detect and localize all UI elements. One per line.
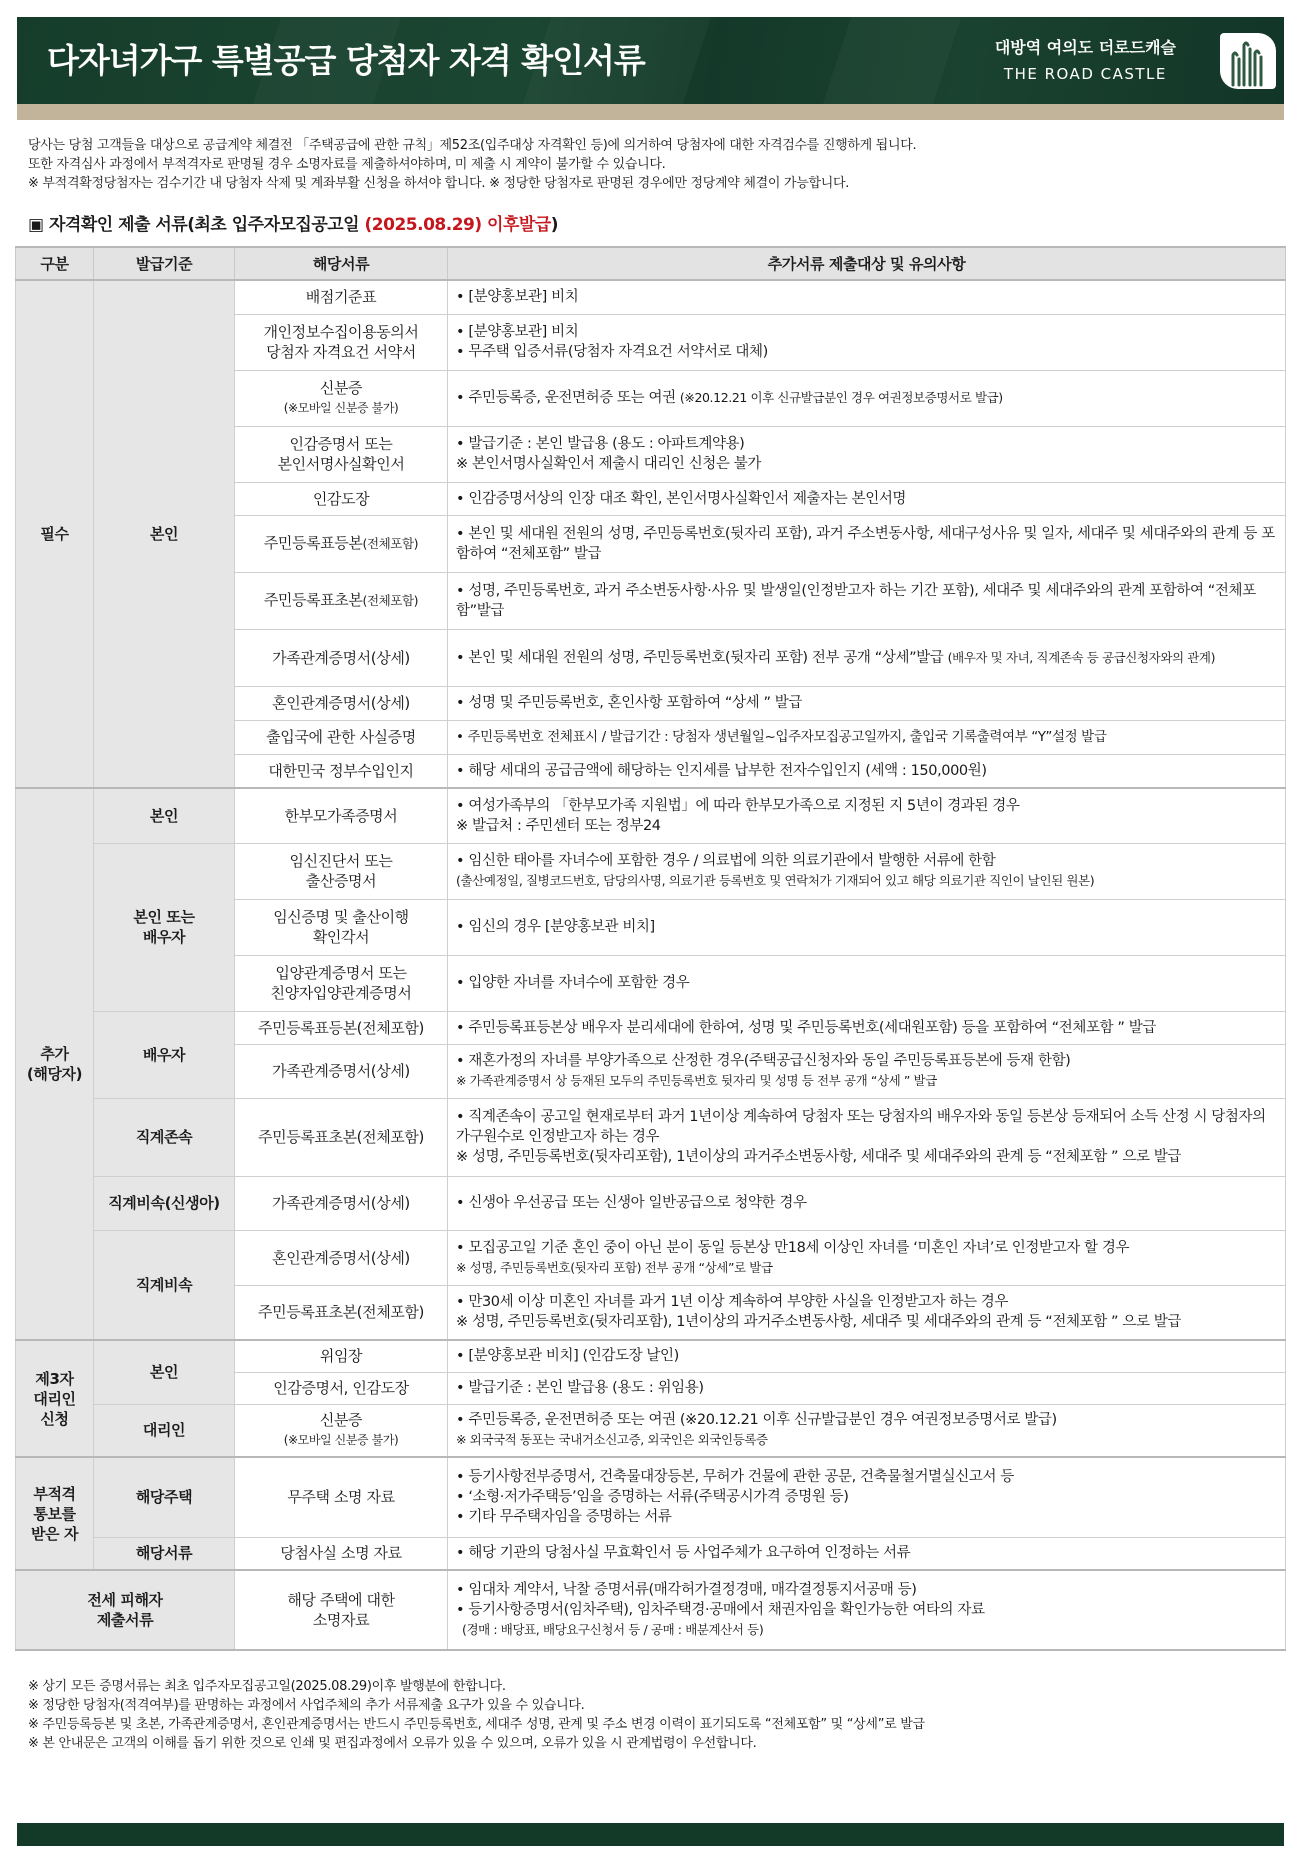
header-banner: 다자녀가구 특별공급 당첨자 자격 확인서류 대방역 여의도 더로드캐슬 THE… [17, 17, 1284, 104]
document-notes: • [분양홍보관] 비치• 무주택 입증서류(당첨자 자격요건 서약서로 대체) [448, 314, 1286, 370]
document-notes: • 주민등록증, 운전면허증 또는 여권 (※20.12.21 이후 신규발급분… [448, 370, 1286, 426]
section-title-main: 자격확인 제출 서류(최초 입주자모집공고일 [49, 215, 365, 235]
document-name: 한부모가족증명서 [235, 788, 448, 843]
table-row: 직계비속 혼인관계증명서(상세) • 모집공고일 기준 혼인 중이 아닌 분이 … [16, 1230, 1286, 1285]
document-notes: • 성명, 주민등록번호, 과거 주소변동사항·사유 및 발생일(인정받고자 하… [448, 572, 1286, 629]
document-notes: • 인감증명서상의 인장 대조 확인, 본인서명사실확인서 제출자는 본인서명 [448, 482, 1286, 515]
document-name: 가족관계증명서(상세) [235, 1176, 448, 1230]
document-name: 개인정보수집이용동의서 당첨자 자격요건 서약서 [235, 314, 448, 370]
intro-line: 당사는 당첨 고객들을 대상으로 공급계약 체결전 「주택공급에 관한 규칙」제… [28, 136, 916, 155]
category-ineligible: 부적격 통보를 받은 자 [16, 1457, 94, 1570]
document-name: 위임장 [235, 1340, 448, 1372]
document-name: 임신증명 및 출산이행 확인각서 [235, 899, 448, 955]
document-notes: • 임신의 경우 [분양홍보관 비치] [448, 899, 1286, 955]
document-notes: • 임신한 태아를 자녀수에 포함한 경우 / 의료법에 의한 의료기관에서 발… [448, 843, 1286, 899]
document-notes: • 해당 세대의 공급금액에 해당하는 인지세를 납부한 전자수입인지 (세액 … [448, 754, 1286, 788]
document-notes: • [분양홍보관] 비치 [448, 280, 1286, 314]
intro-text: 당사는 당첨 고객들을 대상으로 공급계약 체결전 「주택공급에 관한 규칙」제… [28, 136, 916, 193]
document-name: 해당 주택에 대한 소명자료 [235, 1570, 448, 1650]
document-notes: • 주민등록증, 운전면허증 또는 여권 (※20.12.21 이후 신규발급분… [448, 1404, 1286, 1457]
basis-house: 해당주택 [94, 1457, 235, 1537]
footnote: ※ 상기 모든 증명서류는 최초 입주자모집공고일(2025.08.29)이후 … [28, 1677, 925, 1696]
table-row: 부적격 통보를 받은 자 해당주택 무주택 소명 자료 • 등기사항전부증명서,… [16, 1457, 1286, 1537]
section-title-end: ) [551, 215, 558, 235]
document-notes: • 성명 및 주민등록번호, 혼인사항 포함하여 “상세 ” 발급 [448, 686, 1286, 720]
basis-ascendant: 직계존속 [94, 1098, 235, 1176]
table-row: 직계비속(신생아) 가족관계증명서(상세) • 신생아 우선공급 또는 신생아 … [16, 1176, 1286, 1230]
documents-table: 구분 발급기준 해당서류 추가서류 제출대상 및 유의사항 필수 본인 배점기준… [15, 246, 1286, 1651]
document-name: 출입국에 관한 사실증명 [235, 720, 448, 754]
document-notes: • 입양한 자녀를 자녀수에 포함한 경우 [448, 955, 1286, 1011]
table-row: 해당서류 당첨사실 소명 자료 • 해당 기관의 당첨사실 무효확인서 등 사업… [16, 1537, 1286, 1570]
banner-decoration [823, 17, 961, 104]
basis-proxy-agent: 대리인 [94, 1404, 235, 1457]
document-notes: • 신생아 우선공급 또는 신생아 일반공급으로 청약한 경우 [448, 1176, 1286, 1230]
basis-descendant: 직계비속 [94, 1230, 235, 1340]
document-name: 무주택 소명 자료 [235, 1457, 448, 1537]
footnote: ※ 본 안내문은 고객의 이해를 돕기 위한 것으로 인쇄 및 편집과정에서 오… [28, 1734, 925, 1753]
category-additional: 추가 (해당자) [16, 788, 94, 1340]
page-title: 다자녀가구 특별공급 당첨자 자격 확인서류 [47, 35, 645, 82]
document-notes: • 본인 및 세대원 전원의 성명, 주민등록번호(뒷자리 포함) 전부 공개 … [448, 629, 1286, 686]
document-notes: • 주민등록번호 전체표시 / 발급기간 : 당첨자 생년월일~입주자모집공고일… [448, 720, 1286, 754]
document-notes: • 직계존속이 공고일 현재로부터 과거 1년이상 계속하여 당첨자 또는 당첨… [448, 1098, 1286, 1176]
footnote: ※ 주민등록등본 및 초본, 가족관계증명서, 혼인관계증명서는 반드시 주민등… [28, 1715, 925, 1734]
footnotes: ※ 상기 모든 증명서류는 최초 입주자모집공고일(2025.08.29)이후 … [28, 1677, 925, 1753]
square-bullet-icon: ▣ [28, 215, 44, 235]
building-towers-logo-icon [1220, 33, 1276, 89]
header-notes: 추가서류 제출대상 및 유의사항 [448, 247, 1286, 280]
document-notes: • 모집공고일 기준 혼인 중이 아닌 분이 동일 등본상 만18세 이상인 자… [448, 1230, 1286, 1285]
header-document: 해당서류 [235, 247, 448, 280]
document-name: 당첨사실 소명 자료 [235, 1537, 448, 1570]
basis-document: 해당서류 [94, 1537, 235, 1570]
document-notes: • 여성가족부의 「한부모가족 지원법」에 따라 한부모가족으로 지정된 지 5… [448, 788, 1286, 843]
document-name: 인감도장 [235, 482, 448, 515]
document-name: 인감증명서 또는 본인서명사실확인서 [235, 426, 448, 482]
document-name: 주민등록표등본(전체포함) [235, 1011, 448, 1044]
document-notes: • 재혼가정의 자녀를 부양가족으로 산정한 경우(주택공급신청자와 동일 주민… [448, 1044, 1286, 1098]
document-notes: • 해당 기관의 당첨사실 무효확인서 등 사업주체가 요구하여 인정하는 서류 [448, 1537, 1286, 1570]
table-row: 배우자 주민등록표등본(전체포함) • 주민등록표등본상 배우자 분리세대에 한… [16, 1011, 1286, 1044]
footer-bar [17, 1823, 1284, 1846]
footnote: ※ 정당한 당첨자(적격여부)를 판명하는 과정에서 사업주체의 추가 서류제출… [28, 1696, 925, 1715]
document-name: 혼인관계증명서(상세) [235, 1230, 448, 1285]
table-row: 본인 또는 배우자 임신진단서 또는 출산증명서 • 임신한 태아를 자녀수에 … [16, 843, 1286, 899]
intro-line: 또한 자격심사 과정에서 부적격자로 판명될 경우 소명자료를 제출하셔야하며,… [28, 155, 916, 174]
document-name: 배점기준표 [235, 280, 448, 314]
document-notes: • 본인 및 세대원 전원의 성명, 주민등록번호(뒷자리 포함), 과거 주소… [448, 515, 1286, 572]
basis-self: 본인 [94, 788, 235, 843]
header-issue-basis: 발급기준 [94, 247, 235, 280]
basis-self-or-spouse: 본인 또는 배우자 [94, 843, 235, 1011]
category-lease-victim: 전세 피해자 제출서류 [16, 1570, 235, 1650]
document-notes: • 발급기준 : 본인 발급용 (용도 : 위임용) [448, 1372, 1286, 1404]
category-required: 필수 [16, 280, 94, 788]
basis-proxy-self: 본인 [94, 1340, 235, 1404]
basis-spouse: 배우자 [94, 1011, 235, 1098]
basis-descendant-newborn: 직계비속(신생아) [94, 1176, 235, 1230]
document-name: 주민등록표초본(전체포함) [235, 1098, 448, 1176]
document-notes: • 등기사항전부증명서, 건축물대장등본, 무허가 건물에 관한 공문, 건축물… [448, 1457, 1286, 1537]
header-accent-strip [17, 104, 1284, 120]
document-name: 주민등록표초본(전체포함) [235, 1285, 448, 1340]
section-title-date: (2025.08.29) 이후발급 [365, 215, 551, 235]
basis-self: 본인 [94, 280, 235, 788]
table-row: 제3자 대리인 신청 본인 위임장 • [분양홍보관 비치] (인감도장 날인) [16, 1340, 1286, 1372]
document-name: 신분증(※모바일 신분증 불가) [235, 370, 448, 426]
brand-name-english: THE ROAD CASTLE [995, 65, 1176, 83]
document-name: 신분증(※모바일 신분증 불가) [235, 1404, 448, 1457]
table-header-row: 구분 발급기준 해당서류 추가서류 제출대상 및 유의사항 [16, 247, 1286, 280]
document-name: 대한민국 정부수입인지 [235, 754, 448, 788]
intro-line: ※ 부적격확정당첨자는 검수기간 내 당첨자 삭제 및 계좌부활 신청을 하셔야… [28, 174, 916, 193]
document-name: 입양관계증명서 또는 친양자입양관계증명서 [235, 955, 448, 1011]
document-name: 인감증명서, 인감도장 [235, 1372, 448, 1404]
document-name: 주민등록표초본(전체포함) [235, 572, 448, 629]
table-row: 대리인 신분증(※모바일 신분증 불가) • 주민등록증, 운전면허증 또는 여… [16, 1404, 1286, 1457]
document-name: 가족관계증명서(상세) [235, 629, 448, 686]
document-name: 가족관계증명서(상세) [235, 1044, 448, 1098]
table-row: 직계존속 주민등록표초본(전체포함) • 직계존속이 공고일 현재로부터 과거 … [16, 1098, 1286, 1176]
document-notes: • [분양홍보관 비치] (인감도장 날인) [448, 1340, 1286, 1372]
document-notes: • 발급기준 : 본인 발급용 (용도 : 아파트계약용)※ 본인서명사실확인서… [448, 426, 1286, 482]
table-row: 전세 피해자 제출서류 해당 주택에 대한 소명자료 • 임대차 계약서, 낙찰… [16, 1570, 1286, 1650]
document-name: 임신진단서 또는 출산증명서 [235, 843, 448, 899]
document-name: 주민등록표등본(전체포함) [235, 515, 448, 572]
brand-block: 대방역 여의도 더로드캐슬 THE ROAD CASTLE [995, 35, 1176, 83]
header-category: 구분 [16, 247, 94, 280]
category-proxy: 제3자 대리인 신청 [16, 1340, 94, 1457]
document-notes: • 만30세 이상 미혼인 자녀를 과거 1년 이상 계속하여 부양한 사실을 … [448, 1285, 1286, 1340]
brand-name-korean: 대방역 여의도 더로드캐슬 [995, 35, 1176, 58]
document-notes: • 임대차 계약서, 낙찰 증명서류(매각허가결정경매, 매각결정통지서공매 등… [448, 1570, 1286, 1650]
document-name: 혼인관계증명서(상세) [235, 686, 448, 720]
table-row: 필수 본인 배점기준표 • [분양홍보관] 비치 [16, 280, 1286, 314]
document-notes: • 주민등록표등본상 배우자 분리세대에 한하여, 성명 및 주민등록번호(세대… [448, 1011, 1286, 1044]
table-row: 추가 (해당자) 본인 한부모가족증명서 • 여성가족부의 「한부모가족 지원법… [16, 788, 1286, 843]
section-title: ▣ 자격확인 제출 서류(최초 입주자모집공고일 (2025.08.29) 이후… [28, 210, 558, 235]
